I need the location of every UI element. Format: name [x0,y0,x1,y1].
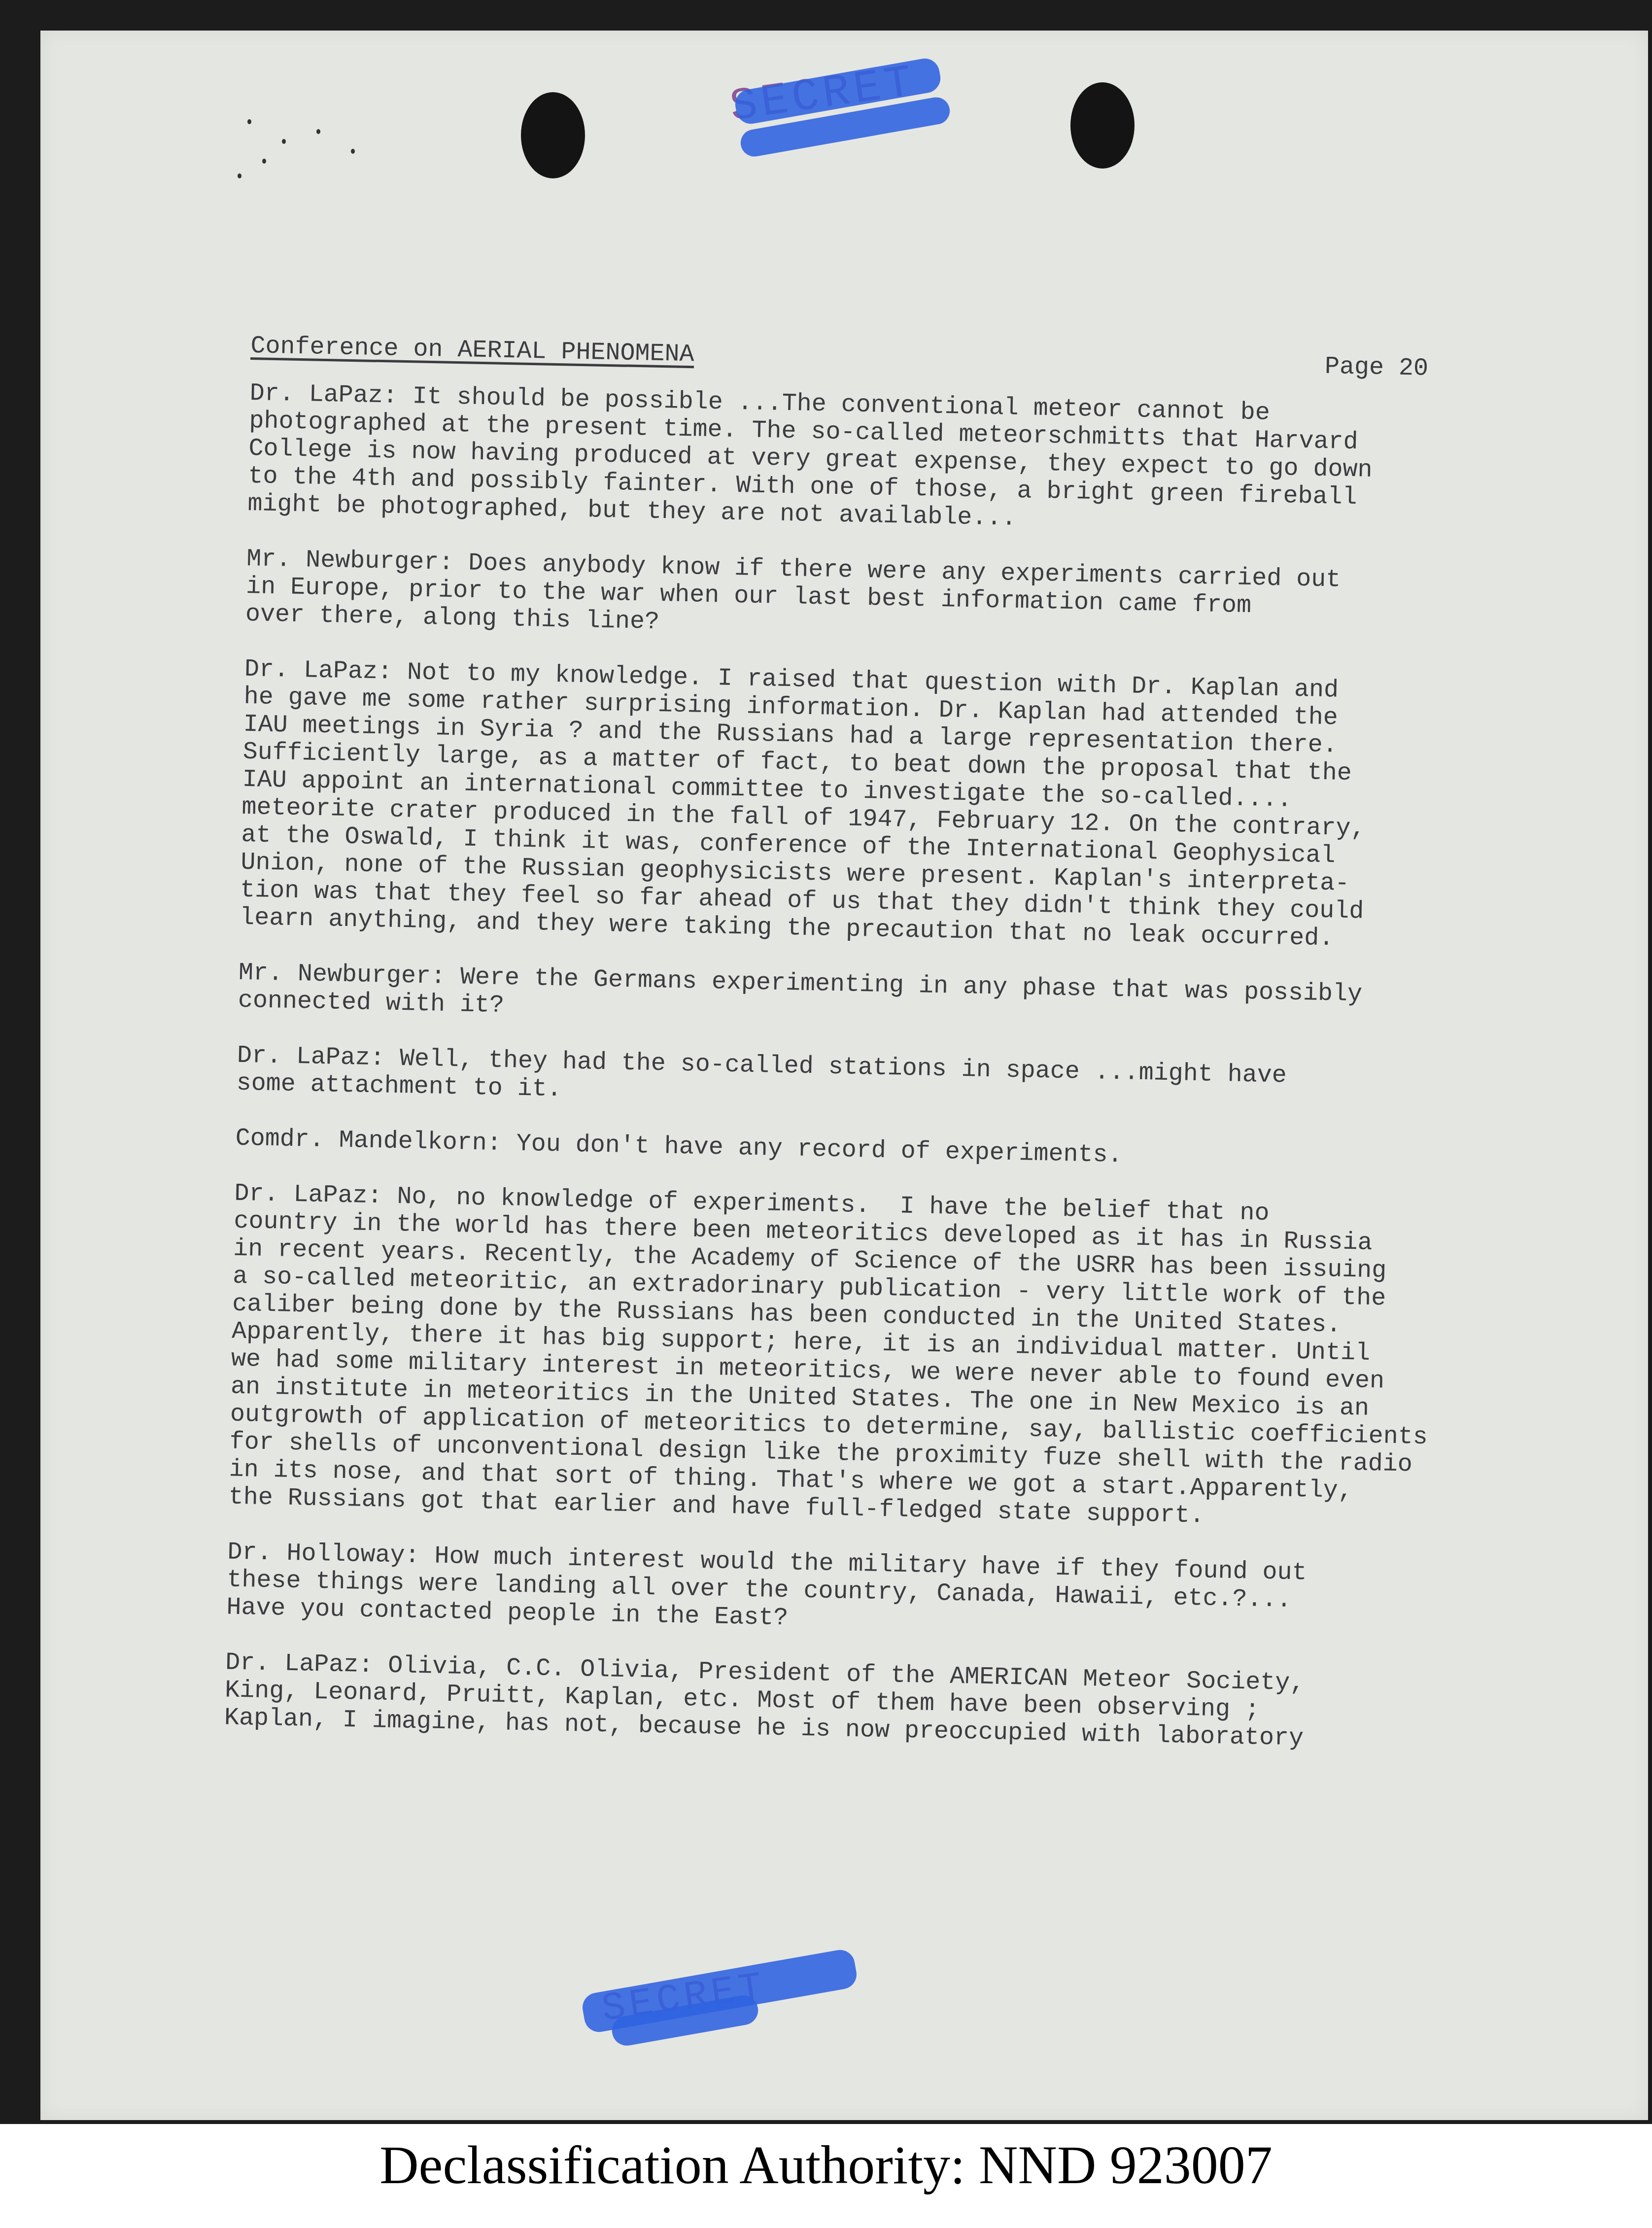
speaker-label: Dr. LaPaz: [244,655,392,686]
declassification-footer: Declassification Authority: NND 923007 [0,2134,1652,2196]
paragraph-text: Olivia, C.C. Olivia, President of the AM… [224,1651,1305,1752]
paragraph-text: You don't have any record of experiments… [501,1130,1123,1169]
paragraph-text: Well, they had the so-called stations in… [236,1044,1287,1103]
speaker-label: Dr. Holloway: [227,1539,420,1570]
document-body: Conference on AERIAL PHENOMENA Page 20 D… [223,308,1582,1785]
transcript-paragraph: Dr. LaPaz: Well, they had the so-called … [236,1042,1568,1123]
speaker-label: Dr. LaPaz: [234,1180,382,1211]
transcript-paragraph: Comdr. Mandelkorn: You don't have any re… [235,1125,1566,1178]
page-number: Page 20 [1325,353,1429,383]
transcript-paragraph: Dr. Holloway: How much interest would th… [226,1539,1558,1647]
transcript-paragraph: Dr. LaPaz: Not to my knowledge. I raised… [240,656,1575,958]
document-title: Conference on AERIAL PHENOMENA [250,333,694,369]
paragraph-text: It should be possible ...The conventiona… [247,382,1373,533]
paragraph-text: Not to my knowledge. I raised that quest… [240,658,1366,953]
speaker-label: Mr. Newburger: [239,959,446,991]
speaker-label: Comdr. Mandelkorn: [235,1125,502,1158]
speaker-label: Dr. LaPaz: [225,1648,374,1680]
transcript-paragraph: Dr. LaPaz: Olivia, C.C. Olivia, Presiden… [224,1649,1556,1757]
transcript-paragraph: Mr. Newburger: Were the Germans experime… [238,960,1569,1040]
punch-debris [228,100,435,198]
punch-hole-right [1070,82,1135,169]
transcript-paragraph: Dr. LaPaz: It should be possible ...The … [247,380,1581,544]
speaker-label: Dr. LaPaz: [249,379,398,411]
paragraph-text: No, no knowledge of experiments. I have … [228,1182,1428,1530]
speaker-label: Dr. LaPaz: [237,1042,385,1073]
speaker-label: Mr. Newburger: [246,545,454,577]
transcript-paragraph: Mr. Newburger: Does anybody know if ther… [245,546,1578,654]
punch-hole-left [521,92,585,178]
transcript-paragraph: Dr. LaPaz: No, no knowledge of experimen… [228,1180,1565,1537]
